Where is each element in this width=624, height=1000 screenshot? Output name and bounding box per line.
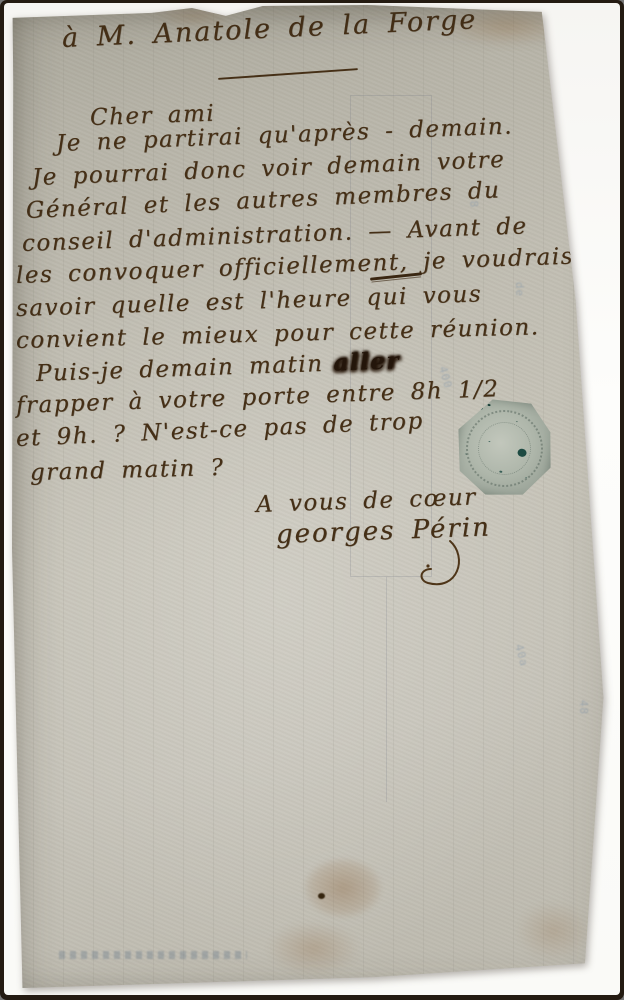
seal-ink-specks bbox=[517, 448, 527, 457]
ink-speck bbox=[318, 893, 325, 899]
body-line: et 9h. ? N'est-ce pas de trop bbox=[15, 408, 424, 452]
photo-backdrop: 8 400 40a 48 de bbox=[4, 3, 620, 995]
paper-shadow-wrap: 8 400 40a 48 de bbox=[4, 3, 620, 995]
body-line: Général et les autres membres du bbox=[25, 177, 500, 224]
embossed-seal bbox=[449, 393, 560, 504]
ghost-print-fragment: de bbox=[513, 282, 527, 298]
body-line: grand matin ? bbox=[30, 455, 225, 486]
address-underline bbox=[218, 68, 358, 80]
signature: georges Périn bbox=[275, 513, 491, 550]
blotted-word: aller bbox=[333, 347, 401, 376]
body-line: conseil d'administration. — Avant de bbox=[22, 213, 528, 257]
ghost-print-fragment: 40a bbox=[512, 643, 530, 668]
ghost-print-fragment: 8 bbox=[467, 200, 481, 209]
body-line: convient le mieux pour cette réunion. bbox=[16, 314, 540, 354]
body-line-text: Puis-je demain matin bbox=[36, 351, 324, 387]
body-line: savoir quelle est l'heure qui vous bbox=[16, 281, 483, 322]
photo-frame: 8 400 40a 48 de bbox=[0, 0, 624, 1000]
body-line: les convoquer officiellement, je voudrai… bbox=[16, 244, 575, 289]
letter-paper: 8 400 40a 48 de bbox=[4, 3, 620, 995]
ghost-print-fragment: 400 bbox=[436, 365, 454, 390]
salutation: Cher ami bbox=[90, 101, 216, 131]
ghost-form-column bbox=[350, 95, 432, 577]
stain-top-left bbox=[152, 3, 237, 29]
ghost-form-rule bbox=[386, 577, 387, 802]
address-line: à M. Anatole de la Forge bbox=[61, 4, 478, 54]
ghost-print-bottom-line bbox=[59, 951, 247, 959]
signature-flourish-icon bbox=[300, 539, 470, 609]
body-line: Je ne partirai qu'après - demain. bbox=[56, 113, 514, 157]
body-line: Puis-je demain matinaller bbox=[36, 347, 401, 387]
seal-inner-ring bbox=[474, 418, 535, 479]
stain-bottom-left bbox=[266, 921, 361, 976]
closing-line: A vous de cœur bbox=[256, 484, 478, 518]
body-line: frapper à votre porte entre 8h 1/2 bbox=[16, 376, 500, 419]
stain-right-edge bbox=[586, 213, 620, 333]
seal-rim-ring bbox=[460, 404, 548, 492]
ghost-print-fragment: 48 bbox=[577, 700, 590, 715]
stain-bottom-right bbox=[516, 901, 591, 961]
stain-top-right bbox=[442, 5, 572, 47]
stain-bottom-center bbox=[304, 858, 382, 918]
body-line: Je pourrai donc voir demain votre bbox=[32, 147, 506, 191]
crossed-out-word bbox=[370, 272, 422, 280]
